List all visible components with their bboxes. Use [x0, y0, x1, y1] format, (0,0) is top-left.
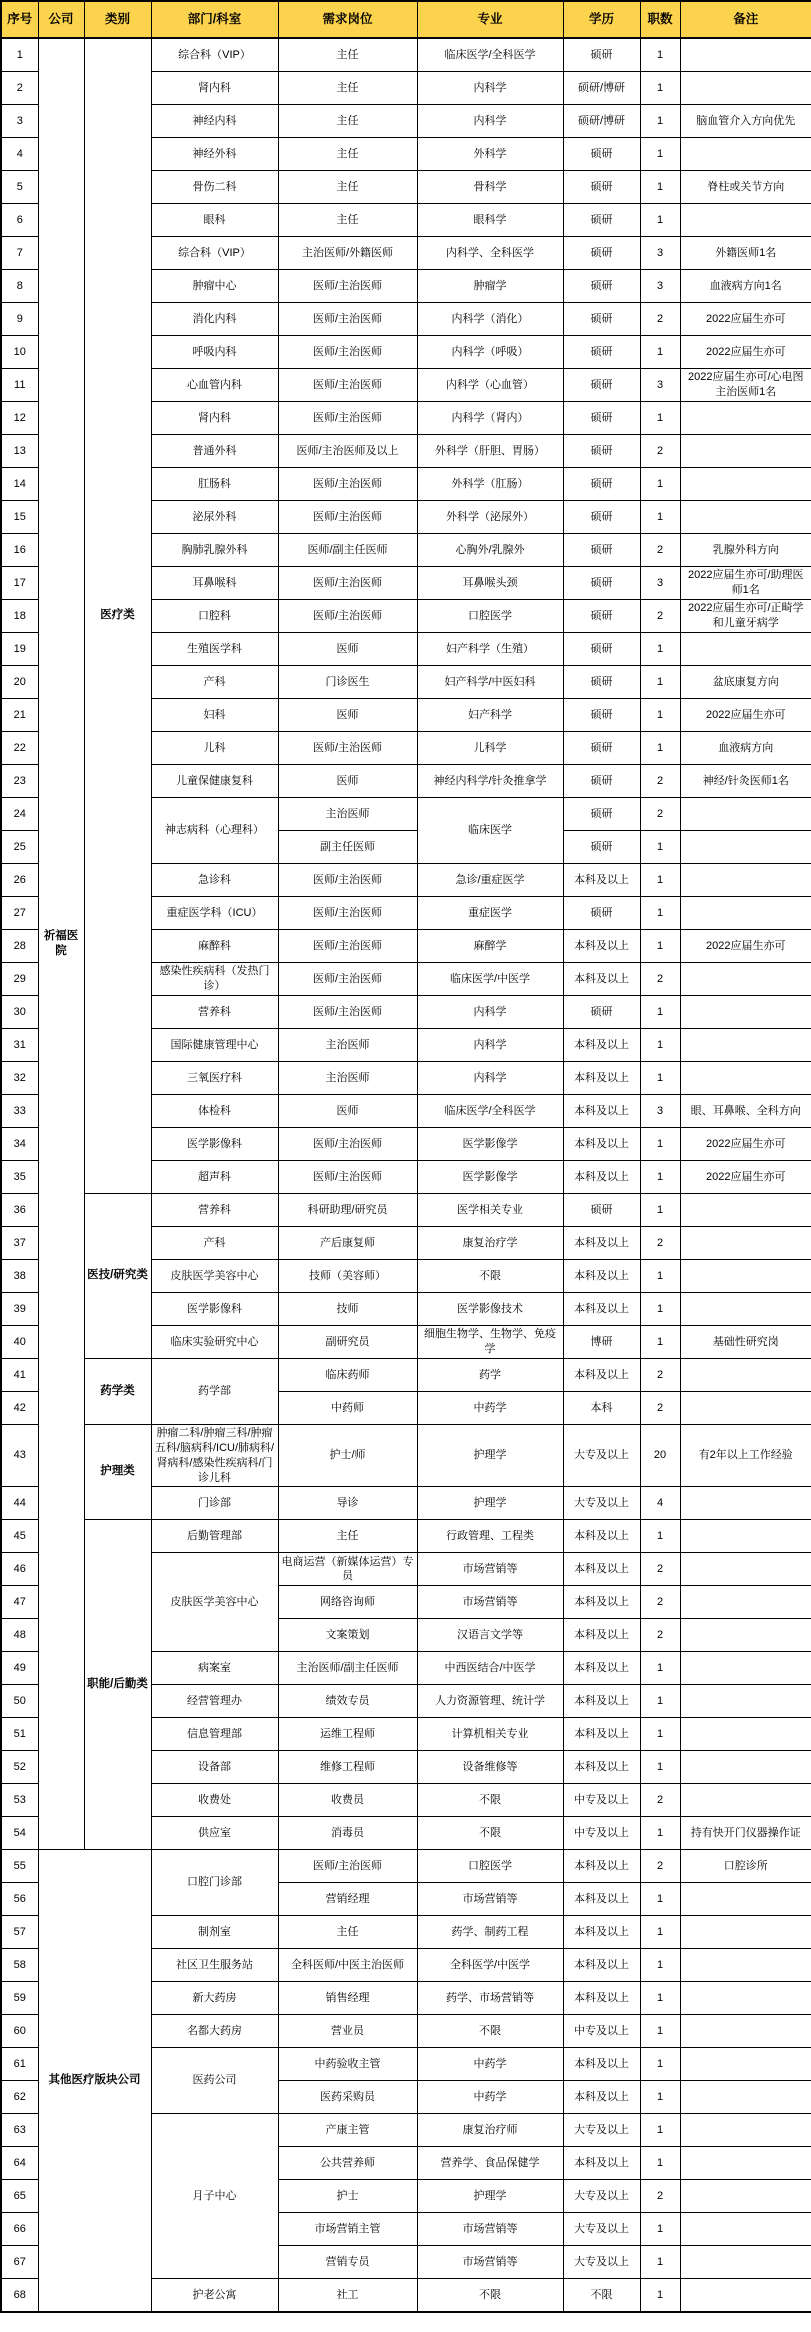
row-number: 15 — [1, 501, 38, 534]
major-cell: 医学影像学 — [417, 1128, 563, 1161]
note-cell — [680, 1359, 811, 1392]
position-cell: 营业员 — [278, 2015, 417, 2048]
major-cell: 细胞生物学、生物学、免疫学 — [417, 1326, 563, 1359]
degree-cell: 硕研 — [563, 633, 640, 666]
degree-cell: 硕研 — [563, 1194, 640, 1227]
department-cell: 体检科 — [151, 1095, 278, 1128]
position-cell: 医师 — [278, 699, 417, 732]
count-cell: 1 — [640, 732, 680, 765]
department-cell: 急诊科 — [151, 864, 278, 897]
count-cell: 1 — [640, 1062, 680, 1095]
degree-cell: 硕研 — [563, 501, 640, 534]
count-cell: 2 — [640, 798, 680, 831]
department-cell: 后勤管理部 — [151, 1520, 278, 1553]
count-cell: 1 — [640, 138, 680, 171]
note-cell: 2022应届生亦可/心电图主治医师1名 — [680, 369, 811, 402]
major-cell: 设备维修等 — [417, 1751, 563, 1784]
major-cell: 急诊/重症医学 — [417, 864, 563, 897]
note-cell — [680, 2147, 811, 2180]
note-cell: 持有快开门仪器操作证 — [680, 1817, 811, 1850]
major-cell: 全科医学/中医学 — [417, 1949, 563, 1982]
department-cell: 妇科 — [151, 699, 278, 732]
department-cell: 消化内科 — [151, 303, 278, 336]
position-cell: 运维工程师 — [278, 1718, 417, 1751]
column-header: 学历 — [563, 1, 640, 38]
major-cell: 护理学 — [417, 1425, 563, 1487]
department-cell: 三氧医疗科 — [151, 1062, 278, 1095]
count-cell: 1 — [640, 1916, 680, 1949]
degree-cell: 本科及以上 — [563, 1652, 640, 1685]
count-cell: 2 — [640, 534, 680, 567]
count-cell: 20 — [640, 1425, 680, 1487]
position-cell: 医师/主治医师 — [278, 897, 417, 930]
row-number: 66 — [1, 2213, 38, 2246]
degree-cell: 本科及以上 — [563, 1982, 640, 2015]
major-cell: 行政管理、工程类 — [417, 1520, 563, 1553]
major-cell: 内科学 — [417, 72, 563, 105]
department-cell: 经营管理办 — [151, 1685, 278, 1718]
degree-cell: 硕研 — [563, 336, 640, 369]
major-cell: 不限 — [417, 2015, 563, 2048]
note-cell: 盆底康复方向 — [680, 666, 811, 699]
department-cell: 口腔科 — [151, 600, 278, 633]
degree-cell: 大专及以上 — [563, 1487, 640, 1520]
degree-cell: 硕研 — [563, 732, 640, 765]
row-number: 55 — [1, 1850, 38, 1883]
position-cell: 导诊 — [278, 1487, 417, 1520]
count-cell: 1 — [640, 2114, 680, 2147]
major-cell: 妇产科学/中医妇科 — [417, 666, 563, 699]
department-cell: 月子中心 — [151, 2114, 278, 2279]
department-cell: 营养科 — [151, 996, 278, 1029]
note-cell: 有2年以上工作经验 — [680, 1425, 811, 1487]
note-cell — [680, 2246, 811, 2279]
note-cell — [680, 1260, 811, 1293]
degree-cell: 本科及以上 — [563, 1062, 640, 1095]
row-number: 9 — [1, 303, 38, 336]
count-cell: 1 — [640, 1029, 680, 1062]
department-cell: 儿科 — [151, 732, 278, 765]
note-cell — [680, 1916, 811, 1949]
note-cell — [680, 798, 811, 831]
position-cell: 医师 — [278, 765, 417, 798]
note-cell: 脊柱或关节方向 — [680, 171, 811, 204]
position-cell: 医师/主治医师 — [278, 996, 417, 1029]
major-cell: 内科学 — [417, 996, 563, 1029]
position-cell: 收费员 — [278, 1784, 417, 1817]
count-cell: 2 — [640, 1392, 680, 1425]
position-cell: 医师/主治医师 — [278, 567, 417, 600]
major-cell: 外科学（肝胆、胃肠） — [417, 435, 563, 468]
major-cell: 内科学、全科医学 — [417, 237, 563, 270]
table-row: 55其他医疗版块公司口腔门诊部医师/主治医师口腔医学本科及以上2口腔诊所 — [1, 1850, 811, 1883]
position-cell: 技师 — [278, 1293, 417, 1326]
degree-cell: 中专及以上 — [563, 1817, 640, 1850]
row-number: 37 — [1, 1227, 38, 1260]
row-number: 29 — [1, 963, 38, 996]
department-cell: 名都大药房 — [151, 2015, 278, 2048]
row-number: 7 — [1, 237, 38, 270]
count-cell: 1 — [640, 699, 680, 732]
row-number: 30 — [1, 996, 38, 1029]
count-cell: 1 — [640, 1949, 680, 1982]
degree-cell: 硕研 — [563, 435, 640, 468]
degree-cell: 本科及以上 — [563, 864, 640, 897]
note-cell: 脑血管介入方向优先 — [680, 105, 811, 138]
position-cell: 主治医师 — [278, 798, 417, 831]
count-cell: 2 — [640, 1227, 680, 1260]
degree-cell: 硕研 — [563, 171, 640, 204]
count-cell: 1 — [640, 1817, 680, 1850]
row-number: 51 — [1, 1718, 38, 1751]
row-number: 39 — [1, 1293, 38, 1326]
position-cell: 医药采购员 — [278, 2081, 417, 2114]
degree-cell: 大专及以上 — [563, 2114, 640, 2147]
position-cell: 医师/主治医师及以上 — [278, 435, 417, 468]
degree-cell: 硕研 — [563, 798, 640, 831]
count-cell: 1 — [640, 1161, 680, 1194]
major-cell: 内科学 — [417, 1062, 563, 1095]
department-cell: 眼科 — [151, 204, 278, 237]
major-cell: 中西医结合/中医学 — [417, 1652, 563, 1685]
note-cell — [680, 1685, 811, 1718]
major-cell: 内科学 — [417, 105, 563, 138]
degree-cell: 本科及以上 — [563, 1128, 640, 1161]
row-number: 49 — [1, 1652, 38, 1685]
degree-cell: 本科及以上 — [563, 930, 640, 963]
degree-cell: 本科及以上 — [563, 1949, 640, 1982]
major-cell: 市场营销等 — [417, 1586, 563, 1619]
category-cell: 职能/后勤类 — [84, 1520, 151, 1850]
note-cell: 口腔诊所 — [680, 1850, 811, 1883]
count-cell: 1 — [640, 38, 680, 72]
department-cell: 医学影像科 — [151, 1293, 278, 1326]
major-cell: 临床医学 — [417, 798, 563, 864]
department-cell: 综合科（VIP） — [151, 237, 278, 270]
major-cell: 内科学 — [417, 1029, 563, 1062]
row-number: 28 — [1, 930, 38, 963]
major-cell: 药学、制药工程 — [417, 1916, 563, 1949]
major-cell: 药学、市场营销等 — [417, 1982, 563, 2015]
column-header: 备注 — [680, 1, 811, 38]
department-cell: 设备部 — [151, 1751, 278, 1784]
count-cell: 1 — [640, 633, 680, 666]
degree-cell: 本科及以上 — [563, 1685, 640, 1718]
count-cell: 1 — [640, 105, 680, 138]
position-cell: 主任 — [278, 1916, 417, 1949]
row-number: 1 — [1, 38, 38, 72]
row-number: 67 — [1, 2246, 38, 2279]
position-cell: 文案策划 — [278, 1619, 417, 1652]
position-cell: 医师/主治医师 — [278, 270, 417, 303]
degree-cell: 本科及以上 — [563, 1359, 640, 1392]
department-cell: 医药公司 — [151, 2048, 278, 2114]
count-cell: 1 — [640, 204, 680, 237]
count-cell: 2 — [640, 435, 680, 468]
note-cell — [680, 897, 811, 930]
major-cell: 护理学 — [417, 1487, 563, 1520]
department-cell: 肿瘤中心 — [151, 270, 278, 303]
degree-cell: 博研 — [563, 1326, 640, 1359]
degree-cell: 不限 — [563, 2279, 640, 2313]
major-cell: 康复治疗学 — [417, 1227, 563, 1260]
major-cell: 医学相关专业 — [417, 1194, 563, 1227]
major-cell: 人力资源管理、统计学 — [417, 1685, 563, 1718]
degree-cell: 中专及以上 — [563, 1784, 640, 1817]
position-cell: 医师/主治医师 — [278, 1161, 417, 1194]
department-cell: 肾内科 — [151, 72, 278, 105]
note-cell — [680, 1029, 811, 1062]
count-cell: 2 — [640, 1619, 680, 1652]
row-number: 41 — [1, 1359, 38, 1392]
count-cell: 1 — [640, 501, 680, 534]
note-cell — [680, 1652, 811, 1685]
position-cell: 临床药师 — [278, 1359, 417, 1392]
header-row: 序号公司类别部门/科室需求岗位专业学历职数备注 — [1, 1, 811, 38]
position-cell: 营销专员 — [278, 2246, 417, 2279]
department-cell: 国际健康管理中心 — [151, 1029, 278, 1062]
position-cell: 护士/师 — [278, 1425, 417, 1487]
major-cell: 市场营销等 — [417, 2213, 563, 2246]
major-cell: 外科学 — [417, 138, 563, 171]
position-cell: 医师/主治医师 — [278, 303, 417, 336]
note-cell: 2022应届生亦可 — [680, 699, 811, 732]
major-cell: 药学 — [417, 1359, 563, 1392]
position-cell: 医师/主治医师 — [278, 468, 417, 501]
count-cell: 3 — [640, 369, 680, 402]
department-cell: 皮肤医学美容中心 — [151, 1553, 278, 1652]
row-number: 5 — [1, 171, 38, 204]
count-cell: 1 — [640, 996, 680, 1029]
department-cell: 超声科 — [151, 1161, 278, 1194]
row-number: 44 — [1, 1487, 38, 1520]
position-cell: 医师/主治医师 — [278, 501, 417, 534]
note-cell: 2022应届生亦可 — [680, 303, 811, 336]
column-header: 专业 — [417, 1, 563, 38]
major-cell: 骨科学 — [417, 171, 563, 204]
count-cell: 2 — [640, 1359, 680, 1392]
row-number: 36 — [1, 1194, 38, 1227]
note-cell — [680, 1062, 811, 1095]
note-cell — [680, 2279, 811, 2313]
major-cell: 医学影像学 — [417, 1161, 563, 1194]
company-cell: 其他医疗版块公司 — [38, 1850, 151, 2313]
note-cell — [680, 38, 811, 72]
count-cell: 2 — [640, 963, 680, 996]
degree-cell: 本科及以上 — [563, 1029, 640, 1062]
row-number: 4 — [1, 138, 38, 171]
column-header: 序号 — [1, 1, 38, 38]
position-cell: 中药师 — [278, 1392, 417, 1425]
degree-cell: 本科及以上 — [563, 1260, 640, 1293]
degree-cell: 本科及以上 — [563, 2081, 640, 2114]
department-cell: 营养科 — [151, 1194, 278, 1227]
department-cell: 社区卫生服务站 — [151, 1949, 278, 1982]
major-cell: 耳鼻喉头颈 — [417, 567, 563, 600]
note-cell — [680, 204, 811, 237]
column-header: 公司 — [38, 1, 84, 38]
count-cell: 1 — [640, 2048, 680, 2081]
note-cell: 乳腺外科方向 — [680, 534, 811, 567]
position-cell: 市场营销主管 — [278, 2213, 417, 2246]
department-cell: 重症医学科（ICU） — [151, 897, 278, 930]
major-cell: 心胸外/乳腺外 — [417, 534, 563, 567]
position-cell: 主任 — [278, 171, 417, 204]
major-cell: 护理学 — [417, 2180, 563, 2213]
major-cell: 儿科学 — [417, 732, 563, 765]
count-cell: 1 — [640, 1751, 680, 1784]
row-number: 27 — [1, 897, 38, 930]
degree-cell: 硕研 — [563, 369, 640, 402]
note-cell — [680, 996, 811, 1029]
position-cell: 护士 — [278, 2180, 417, 2213]
major-cell: 肿瘤学 — [417, 270, 563, 303]
degree-cell: 本科及以上 — [563, 2048, 640, 2081]
degree-cell: 硕研 — [563, 996, 640, 1029]
position-cell: 主任 — [278, 72, 417, 105]
recruitment-table: 序号公司类别部门/科室需求岗位专业学历职数备注 1祈福医院医疗类综合科（VIP）… — [0, 0, 811, 2313]
count-cell: 1 — [640, 864, 680, 897]
row-number: 33 — [1, 1095, 38, 1128]
count-cell: 1 — [640, 1194, 680, 1227]
count-cell: 1 — [640, 1883, 680, 1916]
count-cell: 1 — [640, 2279, 680, 2313]
degree-cell: 大专及以上 — [563, 2180, 640, 2213]
row-number: 17 — [1, 567, 38, 600]
note-cell: 2022应届生亦可/助理医师1名 — [680, 567, 811, 600]
count-cell: 2 — [640, 765, 680, 798]
row-number: 22 — [1, 732, 38, 765]
degree-cell: 硕研/博研 — [563, 72, 640, 105]
count-cell: 2 — [640, 600, 680, 633]
count-cell: 2 — [640, 303, 680, 336]
position-cell: 医师/主治医师 — [278, 864, 417, 897]
degree-cell: 本科及以上 — [563, 1553, 640, 1586]
note-cell — [680, 963, 811, 996]
row-number: 18 — [1, 600, 38, 633]
department-cell: 收费处 — [151, 1784, 278, 1817]
row-number: 8 — [1, 270, 38, 303]
major-cell: 内科学（心血管） — [417, 369, 563, 402]
table-row: 41药学类药学部临床药师药学本科及以上2 — [1, 1359, 811, 1392]
row-number: 6 — [1, 204, 38, 237]
department-cell: 产科 — [151, 1227, 278, 1260]
count-cell: 1 — [640, 1326, 680, 1359]
major-cell: 内科学（消化） — [417, 303, 563, 336]
count-cell: 1 — [640, 72, 680, 105]
note-cell — [680, 864, 811, 897]
department-cell: 肾内科 — [151, 402, 278, 435]
column-header: 职数 — [640, 1, 680, 38]
note-cell: 2022应届生亦可/正畸学和儿童牙病学 — [680, 600, 811, 633]
count-cell: 2 — [640, 1553, 680, 1586]
count-cell: 1 — [640, 1293, 680, 1326]
column-header: 需求岗位 — [278, 1, 417, 38]
major-cell: 医学影像技术 — [417, 1293, 563, 1326]
note-cell — [680, 468, 811, 501]
row-number: 31 — [1, 1029, 38, 1062]
major-cell: 重症医学 — [417, 897, 563, 930]
note-cell: 神经/针灸医师1名 — [680, 765, 811, 798]
degree-cell: 硕研 — [563, 138, 640, 171]
degree-cell: 大专及以上 — [563, 1425, 640, 1487]
row-number: 42 — [1, 1392, 38, 1425]
count-cell: 2 — [640, 1586, 680, 1619]
major-cell: 眼科学 — [417, 204, 563, 237]
position-cell: 门诊医生 — [278, 666, 417, 699]
degree-cell: 本科及以上 — [563, 1095, 640, 1128]
major-cell: 营养学、食品保健学 — [417, 2147, 563, 2180]
department-cell: 皮肤医学美容中心 — [151, 1260, 278, 1293]
major-cell: 不限 — [417, 1817, 563, 1850]
note-cell — [680, 1586, 811, 1619]
row-number: 2 — [1, 72, 38, 105]
major-cell: 内科学（呼吸） — [417, 336, 563, 369]
row-number: 52 — [1, 1751, 38, 1784]
department-cell: 信息管理部 — [151, 1718, 278, 1751]
major-cell: 中药学 — [417, 2048, 563, 2081]
row-number: 62 — [1, 2081, 38, 2114]
row-number: 34 — [1, 1128, 38, 1161]
position-cell: 主任 — [278, 1520, 417, 1553]
department-cell: 门诊部 — [151, 1487, 278, 1520]
major-cell: 妇产科学（生殖） — [417, 633, 563, 666]
degree-cell: 大专及以上 — [563, 2246, 640, 2279]
position-cell: 副主任医师 — [278, 831, 417, 864]
degree-cell: 硕研 — [563, 897, 640, 930]
count-cell: 1 — [640, 1685, 680, 1718]
note-cell — [680, 1784, 811, 1817]
position-cell: 医师/主治医师 — [278, 336, 417, 369]
position-cell: 网络咨询师 — [278, 1586, 417, 1619]
column-header: 类别 — [84, 1, 151, 38]
department-cell: 综合科（VIP） — [151, 38, 278, 72]
department-cell: 护老公寓 — [151, 2279, 278, 2313]
row-number: 21 — [1, 699, 38, 732]
category-cell: 医疗类 — [84, 38, 151, 1194]
major-cell: 中药学 — [417, 1392, 563, 1425]
degree-cell: 本科及以上 — [563, 1883, 640, 1916]
position-cell: 消毒员 — [278, 1817, 417, 1850]
row-number: 50 — [1, 1685, 38, 1718]
note-cell — [680, 2048, 811, 2081]
note-cell: 血液病方向 — [680, 732, 811, 765]
degree-cell: 本科 — [563, 1392, 640, 1425]
department-cell: 产科 — [151, 666, 278, 699]
row-number: 38 — [1, 1260, 38, 1293]
major-cell: 神经内科学/针灸推拿学 — [417, 765, 563, 798]
row-number: 20 — [1, 666, 38, 699]
row-number: 35 — [1, 1161, 38, 1194]
degree-cell: 本科及以上 — [563, 1520, 640, 1553]
department-cell: 神经外科 — [151, 138, 278, 171]
degree-cell: 硕研 — [563, 468, 640, 501]
department-cell: 耳鼻喉科 — [151, 567, 278, 600]
table-row: 45职能/后勤类后勤管理部主任行政管理、工程类本科及以上1 — [1, 1520, 811, 1553]
row-number: 47 — [1, 1586, 38, 1619]
count-cell: 1 — [640, 2246, 680, 2279]
degree-cell: 硕研 — [563, 765, 640, 798]
major-cell: 口腔医学 — [417, 600, 563, 633]
count-cell: 1 — [640, 2015, 680, 2048]
note-cell — [680, 2081, 811, 2114]
row-number: 19 — [1, 633, 38, 666]
department-cell: 神经内科 — [151, 105, 278, 138]
position-cell: 产后康复师 — [278, 1227, 417, 1260]
department-cell: 肿瘤二科/肿瘤三科/肿瘤五科/脑病科/ICU/肺病科/肾病科/感染性疾病科/门诊… — [151, 1425, 278, 1487]
department-cell: 生殖医学科 — [151, 633, 278, 666]
degree-cell: 本科及以上 — [563, 963, 640, 996]
